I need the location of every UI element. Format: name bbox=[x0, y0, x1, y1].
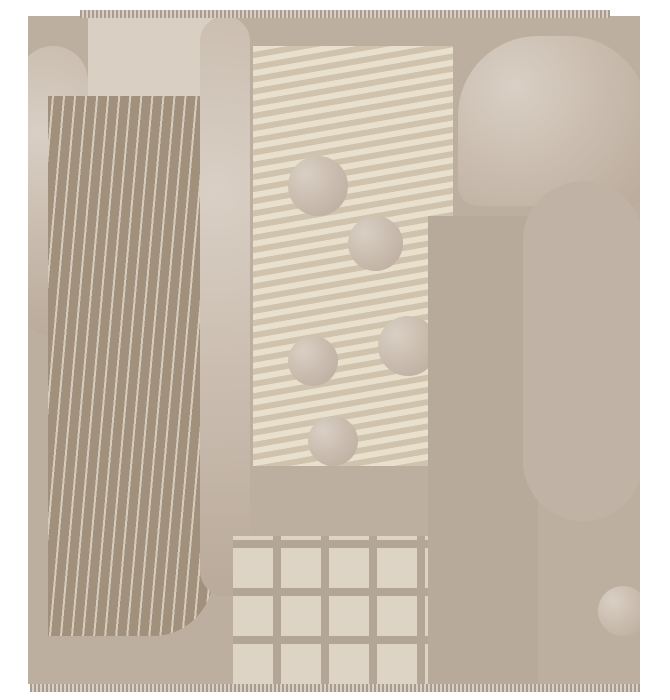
pompom bbox=[288, 336, 338, 386]
center-left-shag-column bbox=[200, 16, 250, 596]
right-flatweave bbox=[428, 216, 538, 684]
bottom-fringe bbox=[30, 684, 640, 692]
pompom bbox=[308, 416, 358, 466]
left-stripe-panel bbox=[48, 96, 213, 636]
top-left-cream-area bbox=[88, 16, 218, 96]
top-fringe bbox=[80, 10, 610, 18]
top-right-shag-arch bbox=[458, 36, 640, 206]
rug-artwork bbox=[28, 16, 640, 684]
pompom bbox=[348, 216, 403, 271]
right-shag-pebble bbox=[523, 181, 640, 521]
pompom bbox=[288, 156, 348, 216]
pompom bbox=[598, 586, 640, 636]
